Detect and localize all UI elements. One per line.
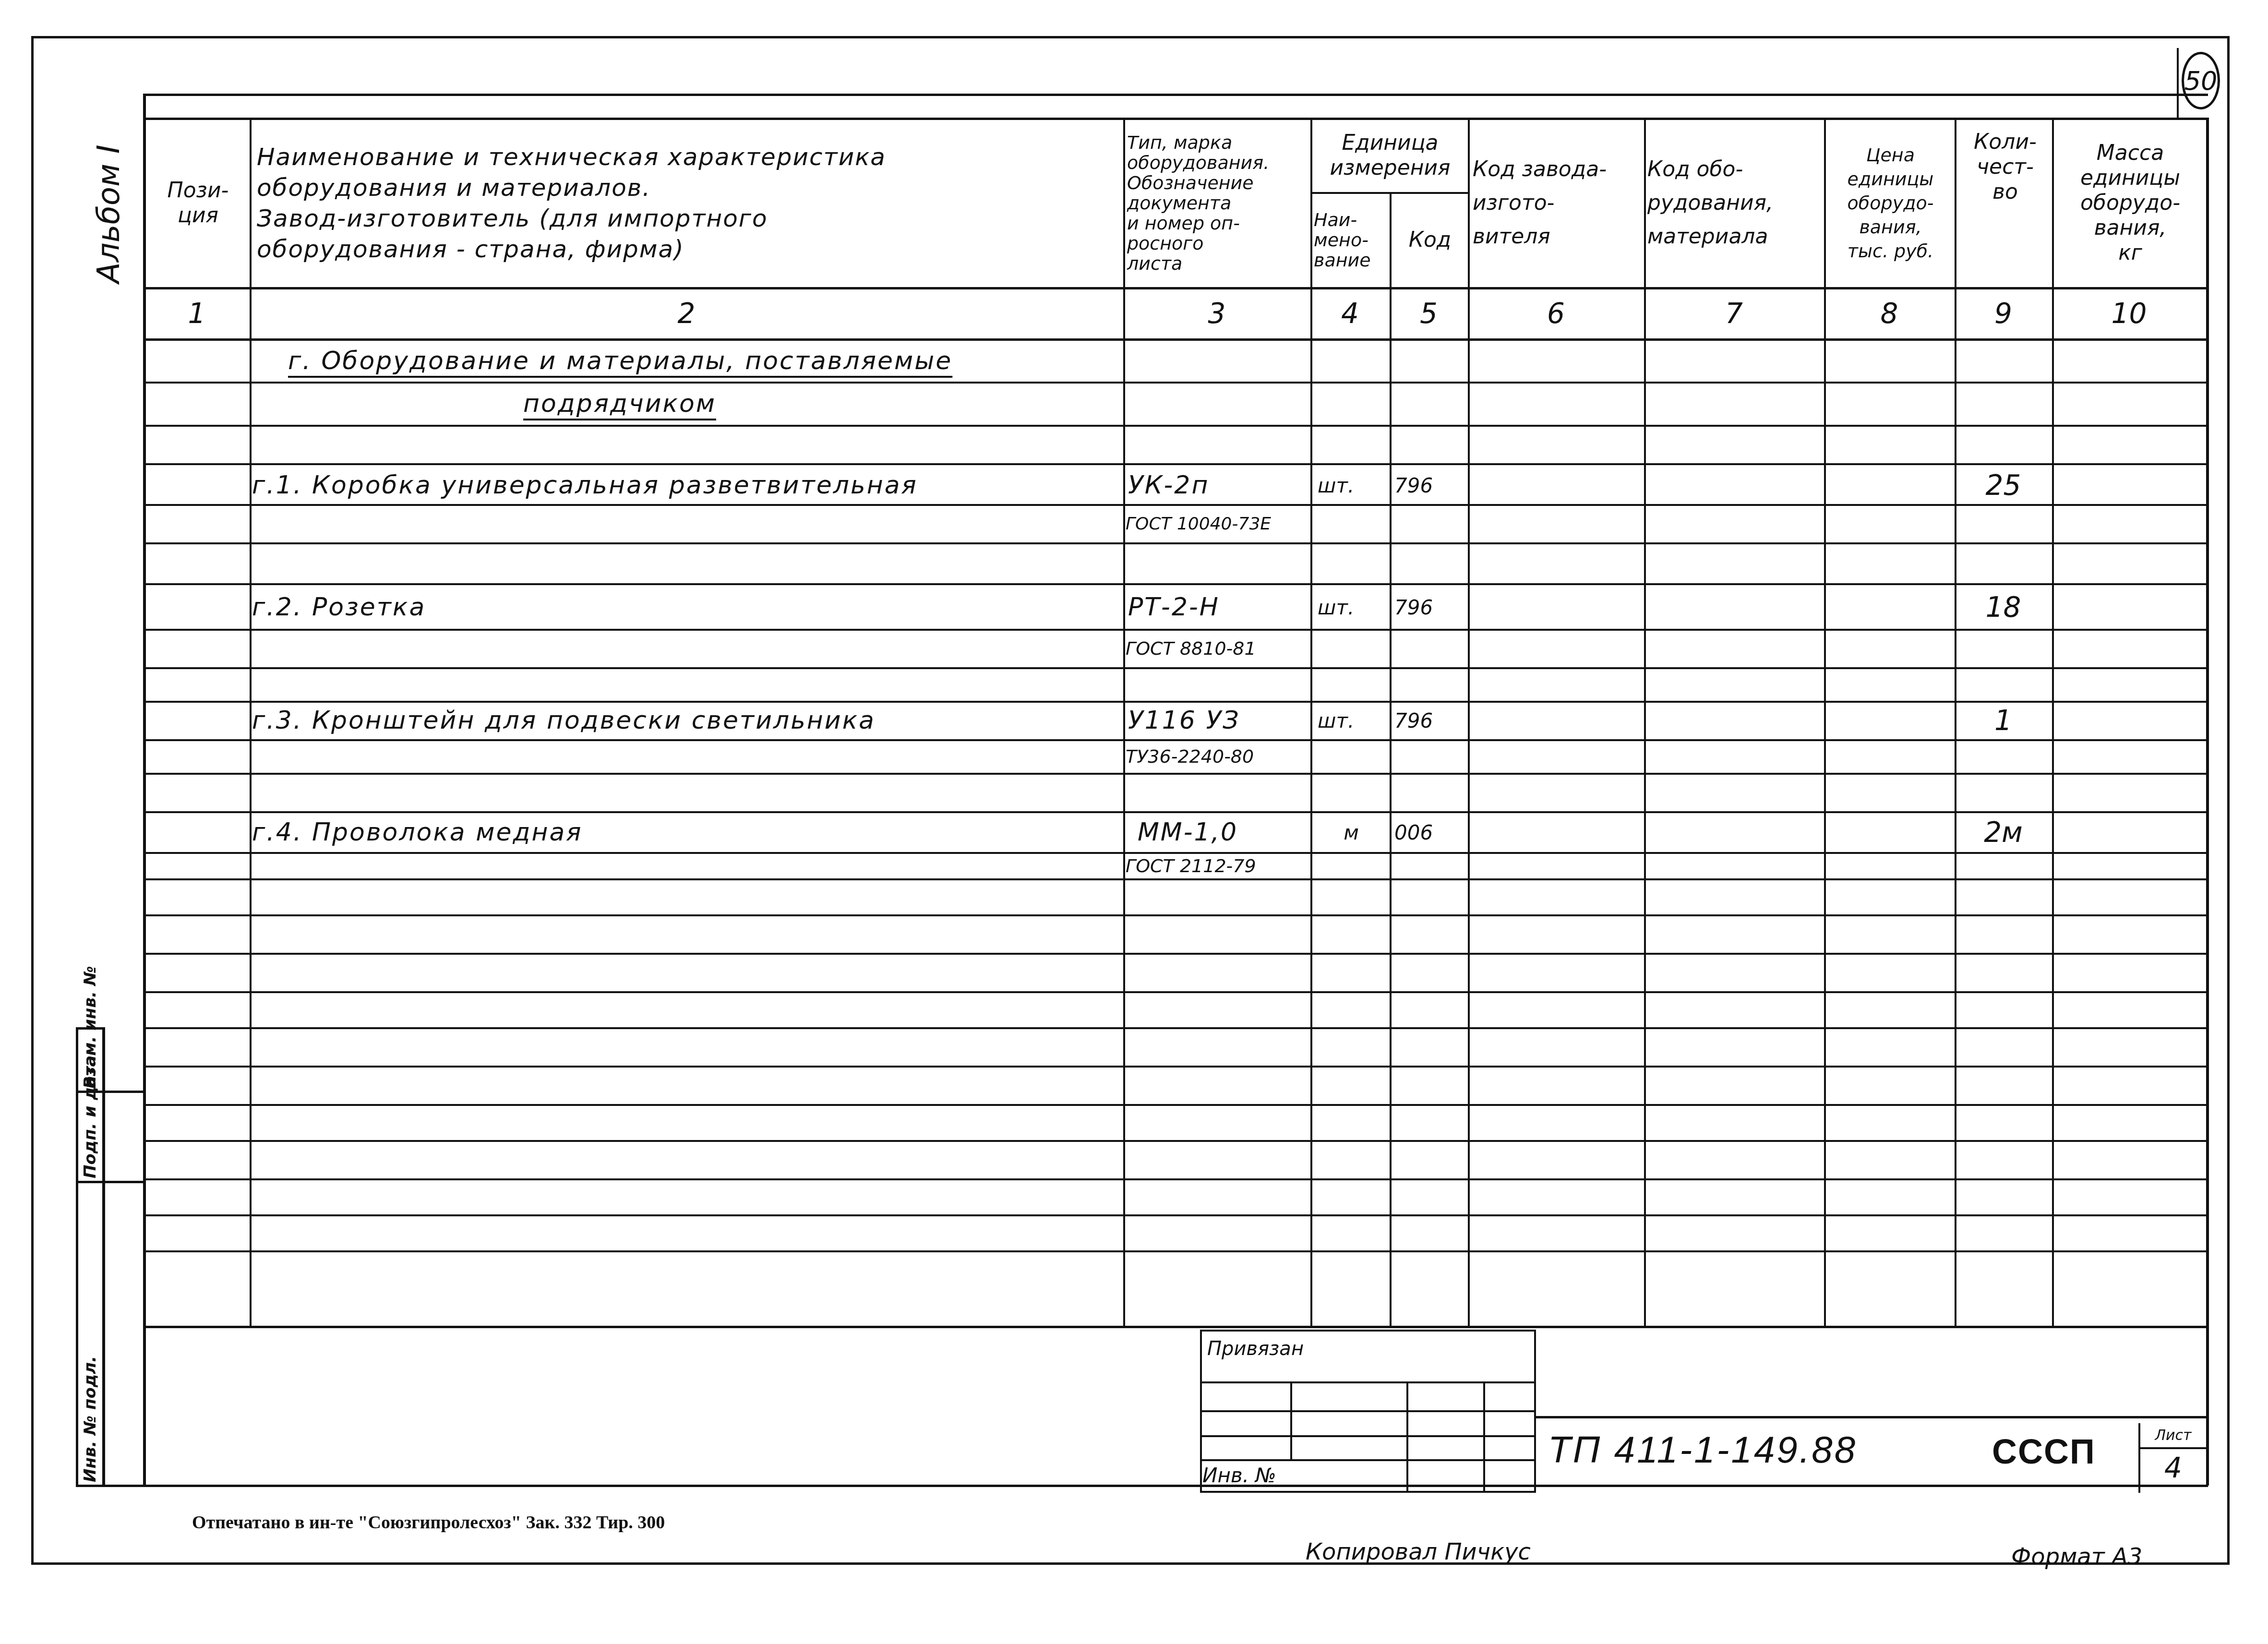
header-unit-group: Единица измерения xyxy=(1313,120,1467,191)
row-qty: 2м xyxy=(1955,814,2052,851)
colnum-1: 1 xyxy=(144,289,250,337)
stamp-podp-data: Подп. и дата xyxy=(81,1056,100,1178)
row-name: г.1. Коробка универсальная разветвительн… xyxy=(252,468,1121,503)
album-label: Альбом I xyxy=(91,144,127,283)
page-number-box-left xyxy=(2177,48,2179,120)
header-name: Наименование и техническая характеристик… xyxy=(257,120,1121,286)
header-equipment-code: Код обо- рудования, материала xyxy=(1647,120,1823,286)
row-unit: м xyxy=(1313,814,1390,851)
numbers-bottom-border xyxy=(144,338,2208,341)
inv-no-label: Инв. № xyxy=(1202,1461,1294,1489)
row-qty: 25 xyxy=(1955,468,2052,503)
col-divider-4 xyxy=(1390,192,1392,1327)
copied-by: Копировал Пичкус xyxy=(1306,1538,1531,1565)
title-block-bottom xyxy=(144,1485,2208,1487)
header-unit-name: Наи- мено- вание xyxy=(1314,194,1390,286)
row-unit-code: 006 xyxy=(1394,814,1466,851)
page-number-circle: 50 xyxy=(2182,52,2220,109)
row-unit: шт. xyxy=(1318,703,1390,738)
row-name: г.4. Проволока медная xyxy=(252,814,1121,851)
row-unit: шт. xyxy=(1318,468,1390,503)
header-position: Пози- ция xyxy=(146,120,250,286)
page-number: 50 xyxy=(2184,66,2218,96)
privyazan-label: Привязан xyxy=(1207,1332,1399,1366)
sheet-number: 4 xyxy=(2141,1450,2206,1486)
row-name: г.3. Кронштейн для подвески светильника xyxy=(252,703,1121,738)
header-unit-code: Код xyxy=(1392,194,1468,286)
row-doc: ГОСТ 10040-73Е xyxy=(1126,506,1310,541)
row-doc: ГОСТ 8810-81 xyxy=(1126,631,1310,666)
table-top-border xyxy=(144,94,2208,96)
row-unit: шт. xyxy=(1318,588,1390,626)
header-factory-code: Код завода- изгото- вителя xyxy=(1473,120,1643,286)
colnum-5: 5 xyxy=(1390,289,1468,337)
header-unit-price: Цена единицы оборудо- вания, тыс. руб. xyxy=(1827,120,1954,286)
section-title: г. Оборудование и материалы, поставляемы… xyxy=(288,342,1123,380)
section-title-cont: подрядчиком xyxy=(523,384,907,423)
row-name: г.2. Розетка xyxy=(252,588,1121,626)
header-unit-mass: Масса единицы оборудо- вания, кг xyxy=(2055,120,2205,286)
org-mark: СССП xyxy=(1992,1426,2126,1478)
row-qty: 1 xyxy=(1955,703,2052,738)
colnum-10: 10 xyxy=(2052,289,2206,337)
unit-group-divider xyxy=(1310,192,1469,194)
colnum-8: 8 xyxy=(1824,289,1955,337)
row-unit-code: 796 xyxy=(1394,703,1466,738)
header-quantity: Коли- чест- во xyxy=(1958,120,2052,286)
colnum-2: 2 xyxy=(250,289,1123,337)
row-doc: ГОСТ 2112-79 xyxy=(1126,853,1310,878)
row-type: У116 УЗ xyxy=(1128,703,1310,738)
header-type: Тип, марка оборудования. Обозначение док… xyxy=(1127,120,1309,286)
colnum-3: 3 xyxy=(1123,289,1310,337)
doc-code: ТП 411-1-149.88 xyxy=(1548,1421,1980,1478)
row-unit-code: 796 xyxy=(1394,588,1466,626)
table-right-border xyxy=(2206,118,2209,1486)
row-doc: ТУ36-2240-80 xyxy=(1126,742,1310,771)
row-type: РТ-2-Н xyxy=(1128,588,1310,626)
row-qty: 18 xyxy=(1955,588,2052,626)
stamp-inv-podl: Инв. № подл. xyxy=(81,1356,100,1482)
colnum-9: 9 xyxy=(1955,289,2052,337)
print-note: Отпечатано в ин-те "Союзгипролесхоз" Зак… xyxy=(192,1512,665,1533)
colnum-6: 6 xyxy=(1468,289,1644,337)
colnum-7: 7 xyxy=(1644,289,1824,337)
row-unit-code: 796 xyxy=(1394,468,1466,503)
row-type: УК-2п xyxy=(1128,468,1310,503)
format-label: Формат А3 xyxy=(2011,1543,2142,1570)
sheet-label: Лист xyxy=(2141,1425,2206,1446)
colnum-4: 4 xyxy=(1310,289,1390,337)
row-type: ММ-1,0 xyxy=(1138,814,1310,851)
